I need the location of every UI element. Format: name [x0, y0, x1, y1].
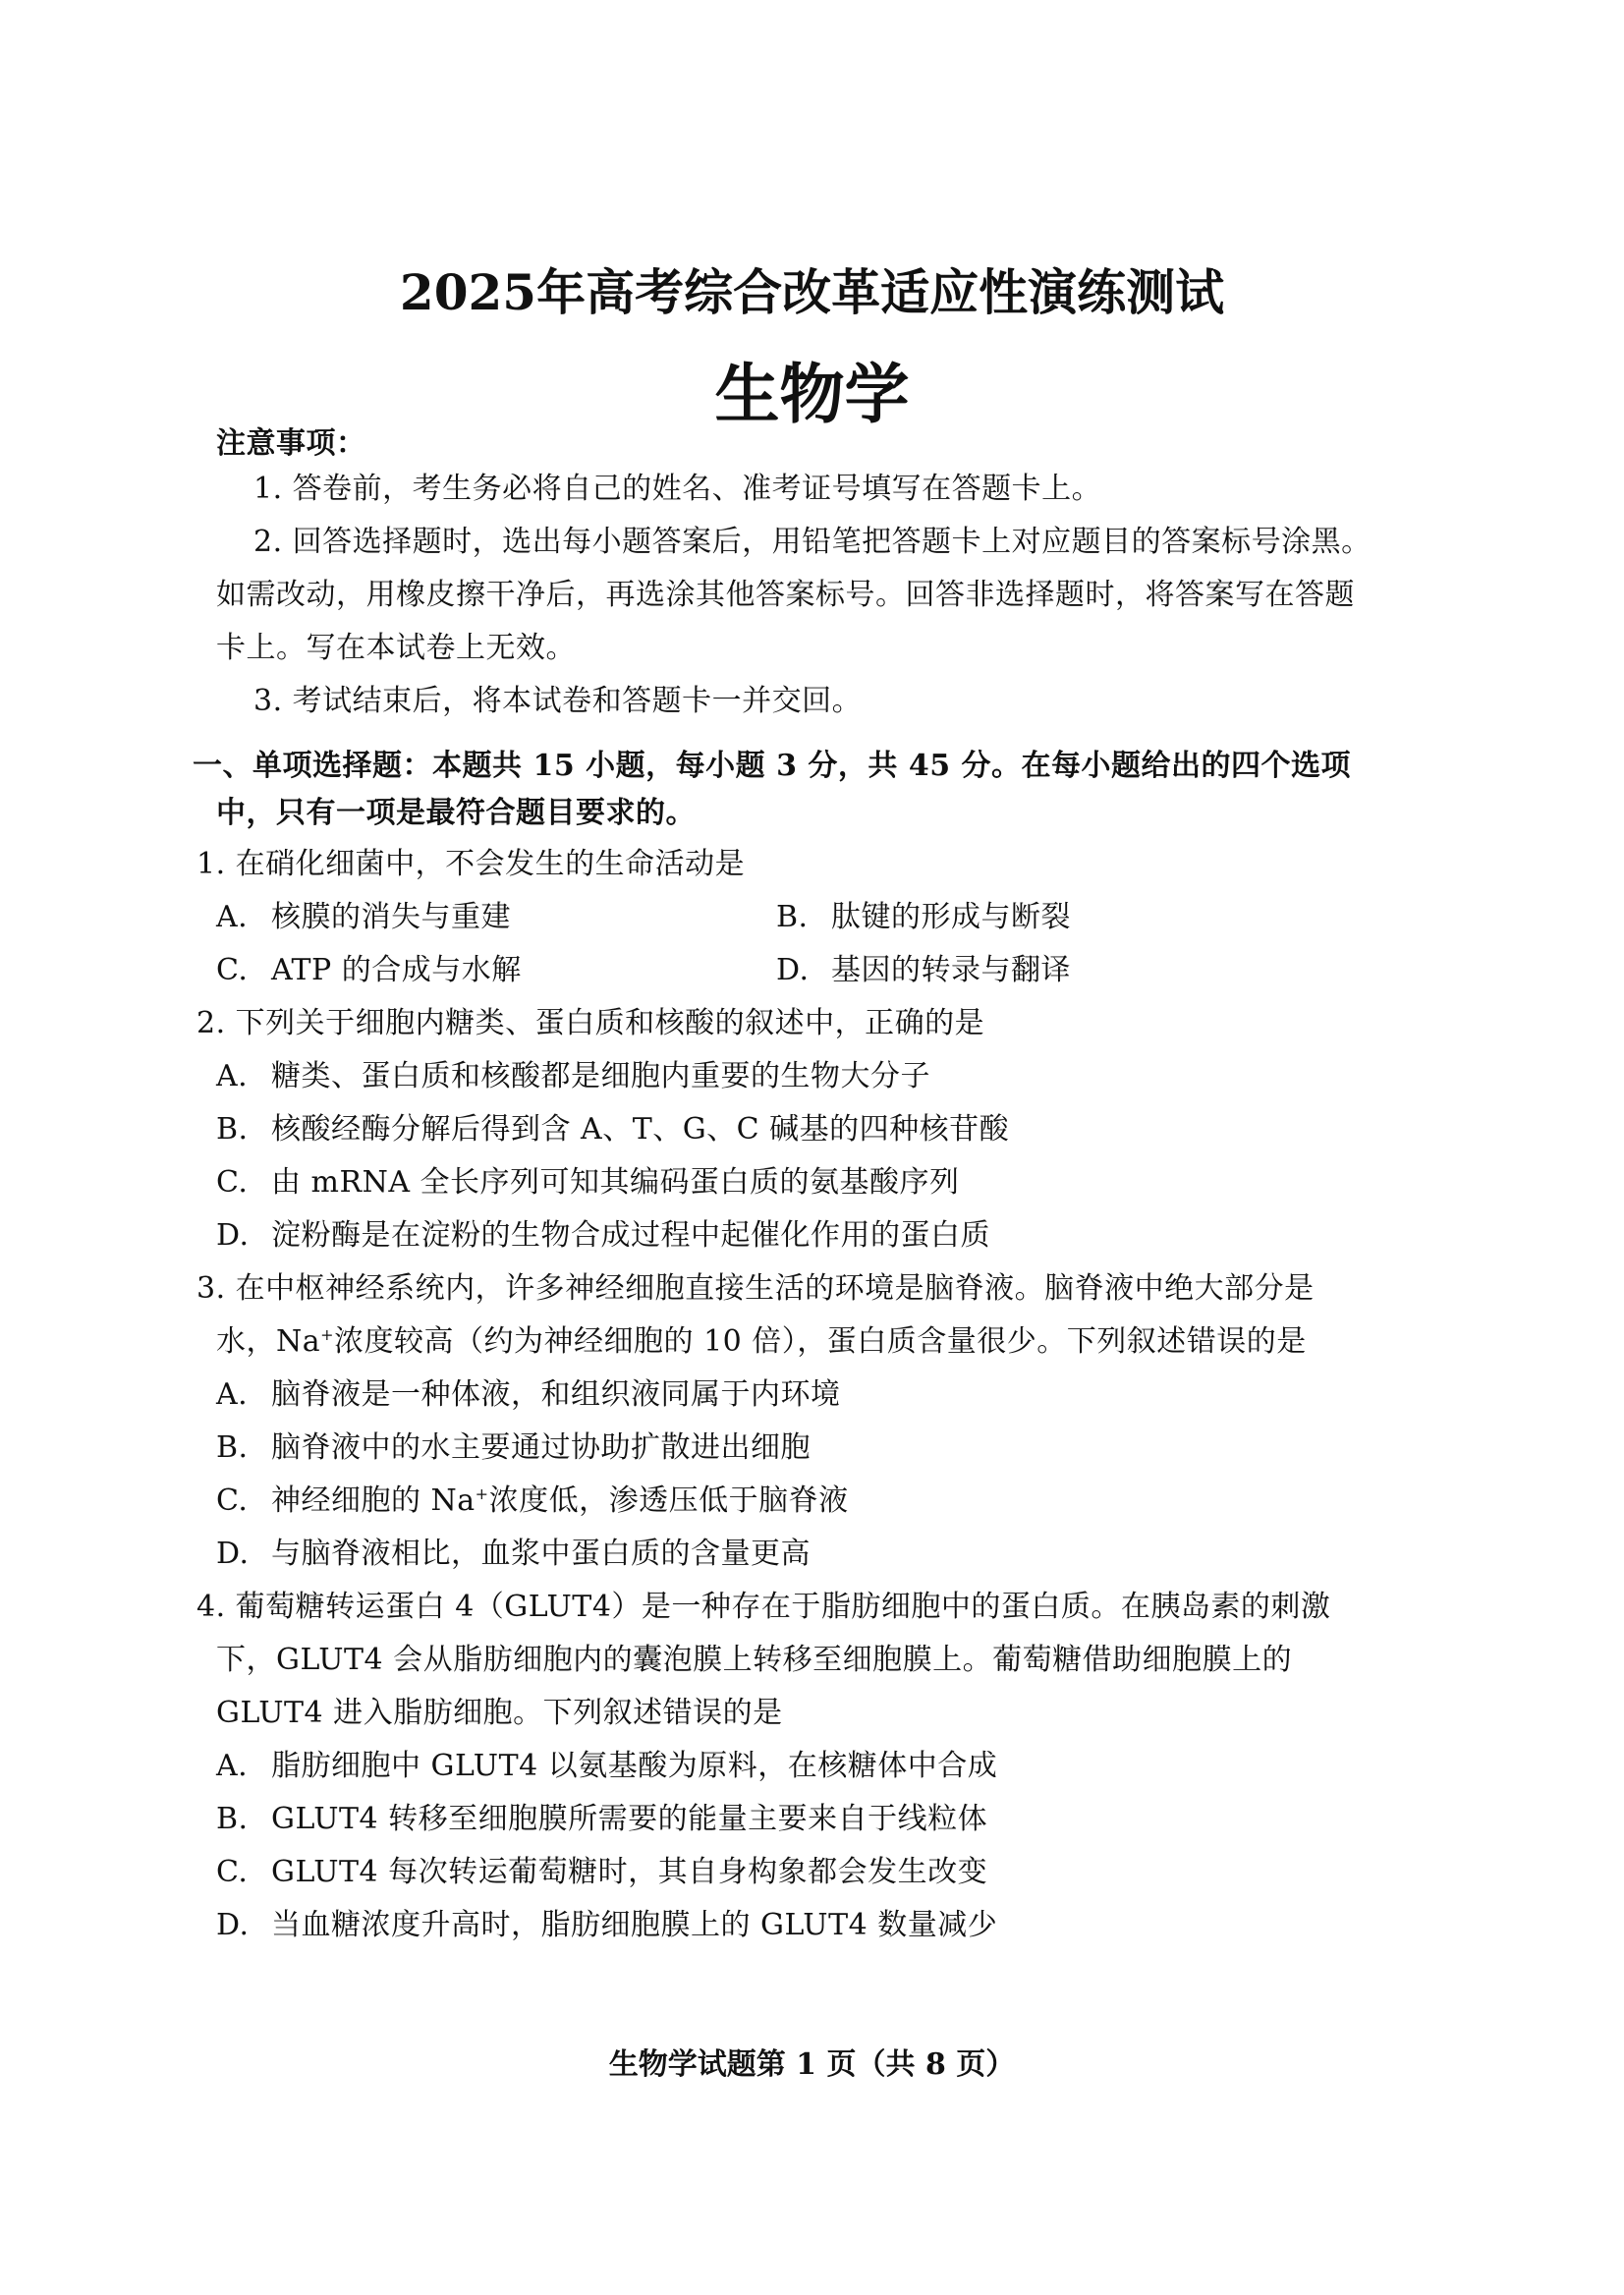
option-label: C.: [216, 1482, 271, 1521]
option-text: 糖类、蛋白质和核酸都是细胞内重要的生物大分子: [271, 1059, 930, 1093]
notice-item: 3. 考试结束后，将本试卷和答题卡一并交回。: [253, 682, 862, 721]
option-c[interactable]: C.ATP 的合成与水解: [216, 951, 522, 990]
notice-item: 2. 回答选择题时，选出每小题答案后，用铅笔把答题卡上对应题目的答案标号涂黑。: [253, 523, 1372, 562]
option-text: 由 mRNA 全长序列可知其编码蛋白质的氨基酸序列: [271, 1165, 960, 1200]
exam-title: 2025年高考综合改革适应性演练测试: [0, 253, 1624, 324]
option-text: 脑脊液中的水主要通过协助扩散进出细胞: [271, 1430, 811, 1465]
option-d[interactable]: D.与脑脊液相比，血浆中蛋白质的含量更高: [216, 1535, 811, 1574]
option-text: 肽键的形成与断裂: [831, 900, 1071, 934]
option-text: 浓度低，渗透压低于脑脊液: [489, 1483, 849, 1518]
section-heading-line: 一、单项选择题：本题共 15 小题，每小题 3 分，共 45 分。在每小题给出的…: [193, 747, 1351, 786]
question-stem: GLUT4 进入脂肪细胞。下列叙述错误的是: [216, 1694, 783, 1733]
option-label: D.: [216, 1906, 271, 1945]
option-label: B.: [216, 1800, 271, 1839]
option-label: B.: [216, 1428, 271, 1468]
page-footer: 生物学试题第 1 页（共 8 页）: [0, 2040, 1624, 2083]
option-d[interactable]: D.基因的转录与翻译: [776, 951, 1071, 990]
option-a[interactable]: A.糖类、蛋白质和核酸都是细胞内重要的生物大分子: [216, 1057, 930, 1096]
option-b[interactable]: B.肽键的形成与断裂: [776, 898, 1071, 937]
option-text: GLUT4 转移至细胞膜所需要的能量主要来自于线粒体: [271, 1802, 987, 1836]
option-d[interactable]: D.淀粉酶是在淀粉的生物合成过程中起催化作用的蛋白质: [216, 1216, 990, 1256]
option-c[interactable]: C.GLUT4 每次转运葡萄糖时，其自身构象都会发生改变: [216, 1853, 987, 1892]
option-text: ATP 的合成与水解: [271, 953, 522, 987]
question-stem: 下，GLUT4 会从脂肪细胞内的囊泡膜上转移至细胞膜上。葡萄糖借助细胞膜上的: [216, 1641, 1292, 1680]
option-label: A.: [216, 1057, 271, 1096]
question-stem: 2. 下列关于细胞内糖类、蛋白质和核酸的叙述中，正确的是: [196, 1004, 984, 1043]
option-a[interactable]: A.脂肪细胞中 GLUT4 以氨基酸为原料，在核糖体中合成: [216, 1747, 997, 1786]
option-b[interactable]: B.核酸经酶分解后得到含 A、T、G、C 碱基的四种核苷酸: [216, 1110, 1009, 1149]
option-label: C.: [216, 951, 271, 990]
question-stem: 3. 在中枢神经系统内，许多神经细胞直接生活的环境是脑脊液。脑脊液中绝大部分是: [196, 1269, 1315, 1309]
option-text: 核酸经酶分解后得到含 A、T、G、C 碱基的四种核苷酸: [271, 1112, 1009, 1147]
question-stem: 水，Na+浓度较高（约为神经细胞的 10 倍），蛋白质含量很少。下列叙述错误的是: [216, 1322, 1307, 1362]
option-text: 当血糖浓度升高时，脂肪细胞膜上的 GLUT4 数量减少: [271, 1908, 997, 1942]
option-label: D.: [216, 1216, 271, 1256]
option-d[interactable]: D.当血糖浓度升高时，脂肪细胞膜上的 GLUT4 数量减少: [216, 1906, 997, 1945]
subject-title: 生物学: [0, 342, 1624, 435]
option-text: 脂肪细胞中 GLUT4 以氨基酸为原料，在核糖体中合成: [271, 1749, 997, 1783]
option-label: C.: [216, 1853, 271, 1892]
notice-item: 如需改动，用橡皮擦干净后，再选涂其他答案标号。回答非选择题时，将答案写在答题: [216, 576, 1355, 615]
option-label: A.: [216, 1375, 271, 1415]
option-label: A.: [216, 898, 271, 937]
question-stem: 4. 葡萄糖转运蛋白 4（GLUT4）是一种存在于脂肪细胞中的蛋白质。在胰岛素的…: [196, 1588, 1330, 1627]
option-c[interactable]: C.由 mRNA 全长序列可知其编码蛋白质的氨基酸序列: [216, 1163, 960, 1203]
option-text: 脑脊液是一种体液，和组织液同属于内环境: [271, 1377, 841, 1412]
option-text: 核膜的消失与重建: [271, 900, 511, 934]
option-label: D.: [776, 951, 831, 990]
option-b[interactable]: B.脑脊液中的水主要通过协助扩散进出细胞: [216, 1428, 811, 1468]
superscript-plus: +: [476, 1484, 489, 1503]
option-label: C.: [216, 1163, 271, 1203]
option-text: 神经细胞的 Na: [271, 1483, 476, 1518]
notice-heading: 注意事项：: [216, 424, 366, 464]
stem-text: 浓度较高（约为神经细胞的 10 倍），蛋白质含量很少。下列叙述错误的是: [334, 1324, 1307, 1359]
option-b[interactable]: B.GLUT4 转移至细胞膜所需要的能量主要来自于线粒体: [216, 1800, 987, 1839]
option-a[interactable]: A.核膜的消失与重建: [216, 898, 511, 937]
option-a[interactable]: A.脑脊液是一种体液，和组织液同属于内环境: [216, 1375, 841, 1415]
option-text: 与脑脊液相比，血浆中蛋白质的含量更高: [271, 1537, 811, 1571]
option-label: B.: [216, 1110, 271, 1149]
option-c[interactable]: C.神经细胞的 Na+浓度低，渗透压低于脑脊液: [216, 1482, 849, 1521]
option-label: D.: [216, 1535, 271, 1574]
option-text: 淀粉酶是在淀粉的生物合成过程中起催化作用的蛋白质: [271, 1218, 990, 1253]
notice-item: 1. 答卷前，考生务必将自己的姓名、准考证号填写在答题卡上。: [253, 470, 1101, 509]
section-heading-line: 中，只有一项是最符合题目要求的。: [216, 794, 696, 833]
stem-text: 水，Na: [216, 1324, 320, 1359]
superscript-plus: +: [320, 1325, 334, 1344]
option-text: 基因的转录与翻译: [831, 953, 1071, 987]
notice-item: 卡上。写在本试卷上无效。: [216, 629, 576, 668]
option-text: GLUT4 每次转运葡萄糖时，其自身构象都会发生改变: [271, 1855, 987, 1889]
option-label: B.: [776, 898, 831, 937]
option-label: A.: [216, 1747, 271, 1786]
question-stem: 1. 在硝化细菌中，不会发生的生命活动是: [196, 845, 745, 884]
